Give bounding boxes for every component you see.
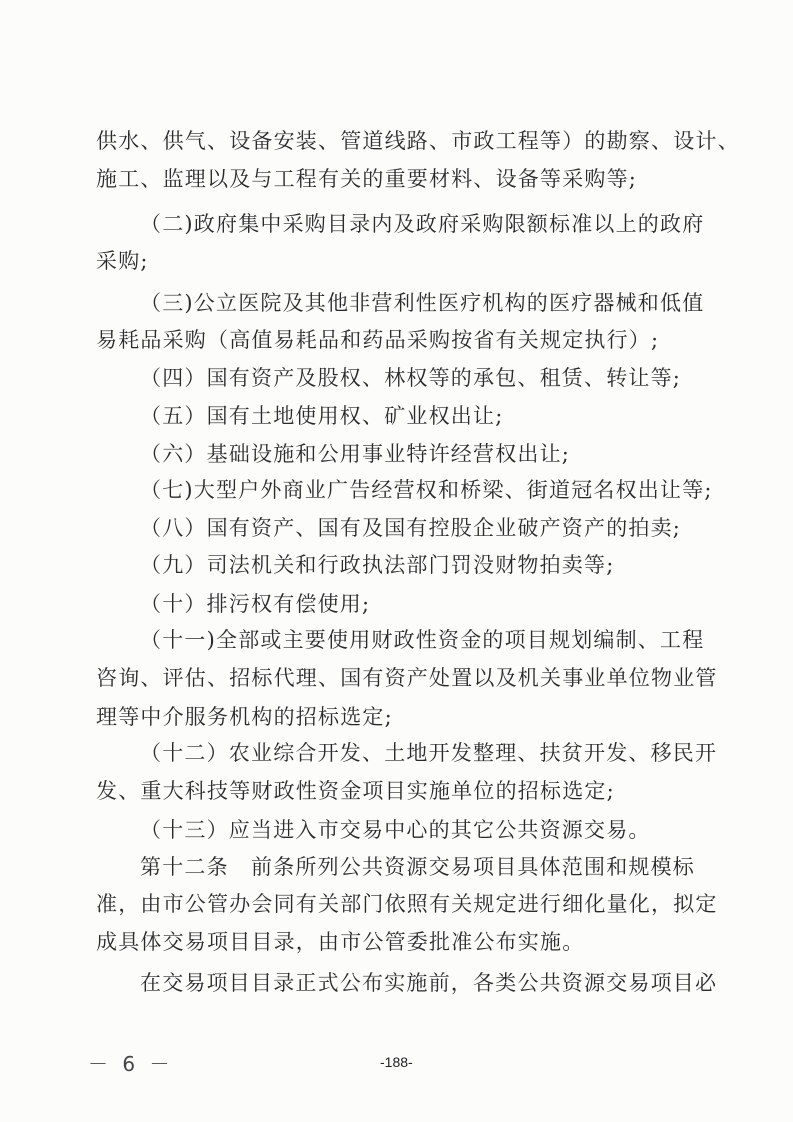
- text-line: （七)大型户外商业广告经营权和桥梁、街道冠名权出让等;: [140, 477, 696, 503]
- text-line: （十）排污权有偿使用;: [140, 591, 696, 617]
- text-line: （三)公立医院及其他非营利性医疗机构的医疗器械和低值: [140, 290, 696, 316]
- text-line: 咨询、评估、招标代理、国有资产处置以及机关事业单位物业管: [96, 665, 696, 691]
- text-line: （九）司法机关和行政执法部门罚没财物拍卖等;: [140, 552, 696, 578]
- text-line: 准，由市公管办会同有关部门依照有关规定进行细化量化，拟定: [96, 891, 696, 917]
- text-line: 采购;: [96, 248, 696, 274]
- text-line: （十二）农业综合开发、土地开发整理、扶贫开发、移民开: [140, 740, 696, 766]
- text-line: 供水、供气、设备安装、管道线路、市政工程等）的勘察、设计、: [96, 128, 696, 154]
- text-line: （八）国有资产、国有及国有控股企业破产资产的拍卖;: [140, 515, 696, 541]
- text-line: （四）国有资产及股权、林权等的承包、租赁、转让等;: [140, 365, 696, 391]
- text-line: 成具体交易项目目录，由市公管委批准公布实施。: [96, 929, 696, 955]
- text-line: 在交易项目目录正式公布实施前，各类公共资源交易项目必: [140, 970, 696, 996]
- text-line: （十三）应当进入市交易中心的其它公共资源交易。: [140, 817, 696, 843]
- text-line: （五）国有土地使用权、矿业权出让;: [140, 403, 696, 429]
- text-line: 易耗品采购（高值易耗品和药品采购按省有关规定执行）;: [96, 327, 696, 353]
- text-line: 发、重大科技等财政性资金项目实施单位的招标选定;: [96, 778, 696, 804]
- page-number-left: － 6 －: [88, 1048, 173, 1077]
- document-page: 供水、供气、设备安装、管道线路、市政工程等）的勘察、设计、施工、监理以及与工程有…: [0, 0, 793, 1122]
- text-line: 施工、监理以及与工程有关的重要材料、设备等采购等;: [96, 166, 696, 192]
- text-line: （二)政府集中采购目录内及政府采购限额标准以上的政府: [140, 211, 696, 237]
- page-number-center: -188-: [380, 1054, 413, 1070]
- text-line: （六）基础设施和公用事业特许经营权出让;: [140, 441, 696, 467]
- text-line: 第十二条 前条所列公共资源交易项目具体范围和规模标: [140, 854, 696, 880]
- text-line: （十一)全部或主要使用财政性资金的项目规划编制、工程: [140, 627, 696, 653]
- text-line: 理等中介服务机构的招标选定;: [96, 704, 696, 730]
